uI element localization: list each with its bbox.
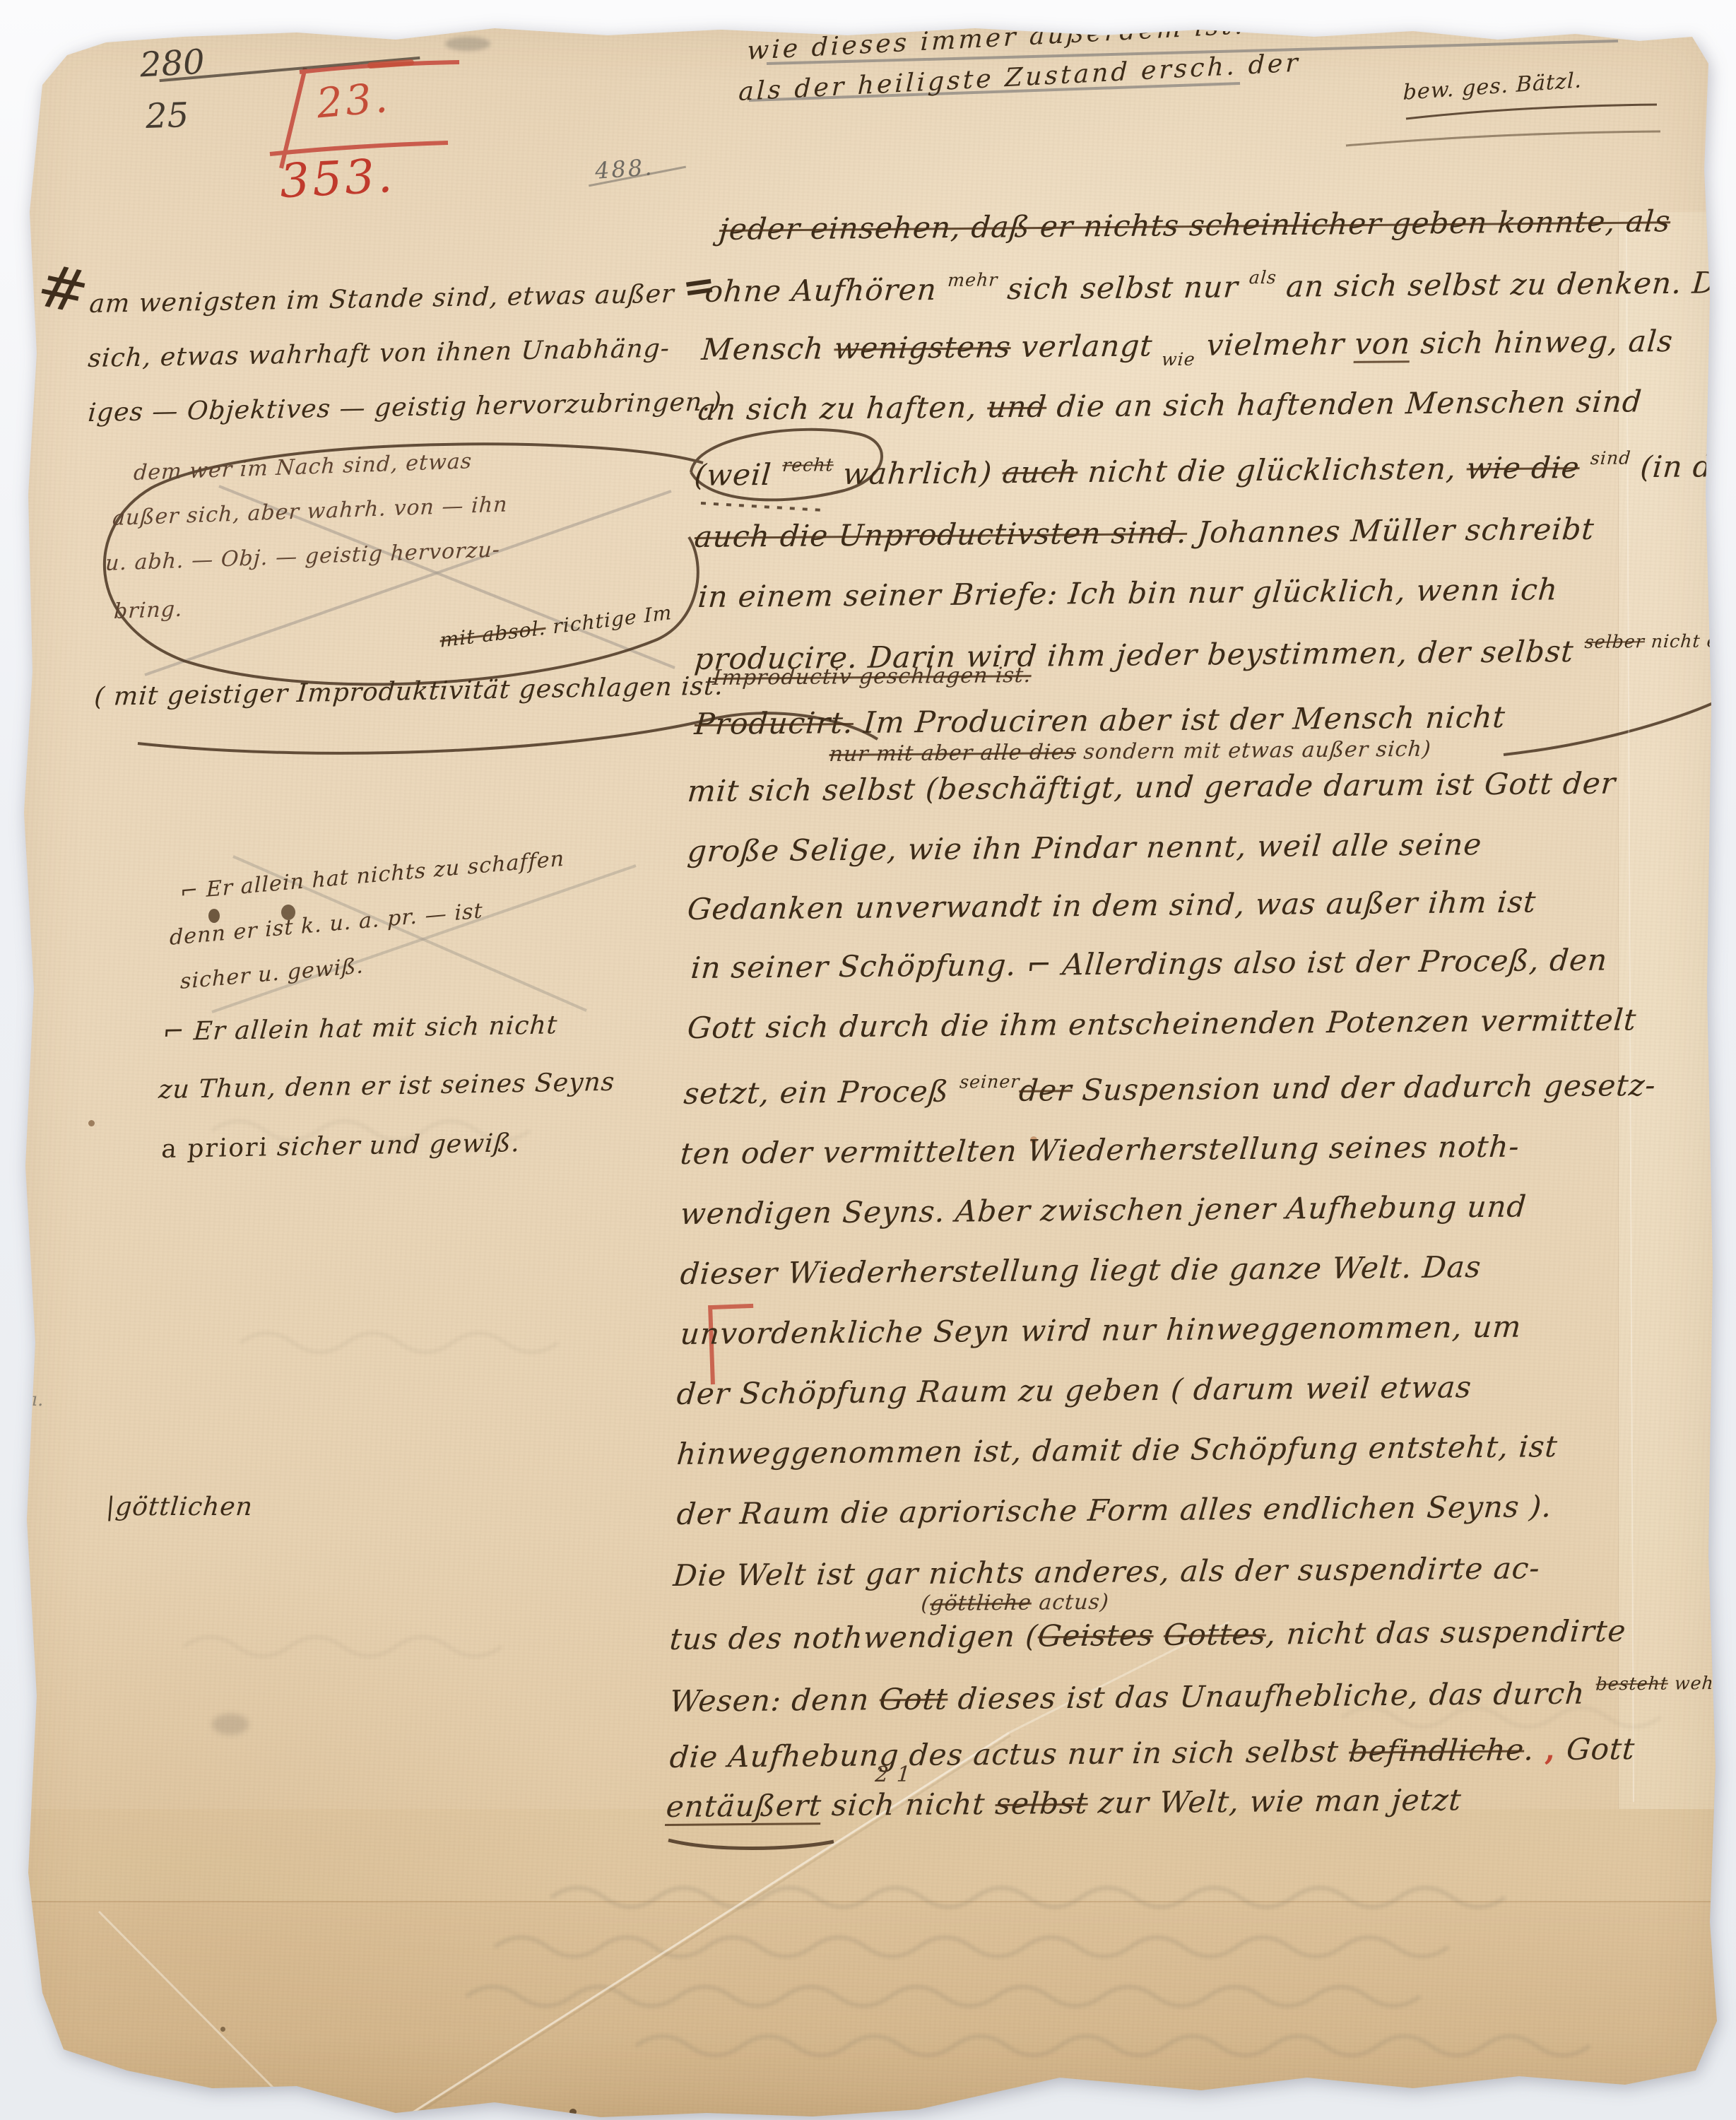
paper: 280 25 23. 353. 488. # = ılı. wie dieses… [0,0,1736,2120]
handwritten-segment: und [986,389,1048,425]
handwritten-segment: actus) [1031,1590,1111,1615]
handwritten-segment: selber [1584,631,1646,652]
handwritten-segment: Wesen: denn [668,1682,881,1719]
handwritten-segment: an sich selbst zu denken. Der [1275,265,1736,304]
handwritten-segment: Geistes [1037,1618,1155,1653]
handwritten-line: entäußert sich nicht selbst zur Welt, wi… [665,1782,1463,1824]
handwritten-line: große Selige, wie ihn Pindar nennt, weil… [686,827,1483,868]
handwritten-segment: die an sich haftenden Menschen sind [1045,384,1643,423]
handwritten-segment: auch [1001,454,1080,490]
red-foliation-number-top: 23. [314,73,392,128]
handwritten-segment: der [1017,1073,1073,1108]
handwritten-segment: Gottes [1162,1617,1268,1652]
handwritten-segment: Mensch [700,331,835,367]
handwritten-segment: vielmehr [1195,326,1356,363]
handwritten-segment: von [1353,326,1412,363]
handwritten-line: Gedanken unverwandt in dem sind, was auß… [686,885,1537,926]
handwritten-line: |göttlichen [105,1492,254,1521]
handwritten-segment: befindliche [1347,1732,1525,1768]
handwritten-segment: (weil [693,457,783,493]
handwritten-line: (göttliche actus) [920,1590,1110,1616]
handwritten-segment: sicher und gewiß. [267,1129,521,1162]
handwritten-segment: mehr [947,269,998,290]
handwritten-segment: sind [1590,447,1632,468]
handwritten-segment: entäußert [665,1788,823,1826]
handwritten-segment: wenigstens [833,329,1012,365]
handwritten-line: wendigen Seyns. Aber zwischen jener Aufh… [679,1189,1528,1231]
handwritten-segment: als [1248,267,1277,288]
smudge [212,1714,249,1735]
handwritten-segment: wie die [1465,450,1581,485]
handwritten-line: 2 1 [874,1762,912,1787]
handwritten-line: dieser Wiederherstellung liegt die ganze… [679,1249,1482,1291]
handwritten-line: ten oder vermittelten Wiederherstellung … [679,1129,1521,1171]
handwritten-segment: auch die Unproductivsten sind. [693,515,1188,554]
handwritten-segment: , [1533,1732,1558,1767]
handwritten-segment: wahrlich) [832,455,1004,491]
handwritten-line: Improductiv geschlagen ist. [711,663,1032,690]
handwritten-segment: verlangt [1010,328,1164,364]
handwritten-segment: ohne Aufhören [704,272,948,309]
handwritten-segment: die Aufhebung des actus nur in sich selb… [668,1734,1350,1774]
handwritten-segment: (in der Regel [1629,448,1736,485]
handwritten-segment: setzt, ein Proceß [683,1073,960,1110]
handwritten-segment: Gott [1555,1731,1636,1767]
handwritten-segment: dieses ist das Unaufhebliche, das durch [947,1676,1597,1716]
handwritten-segment: Gedanken unverwandt in dem sind, was auß… [686,885,1537,926]
handwritten-segment: ten oder vermittelten Wiederherstellung … [679,1129,1521,1171]
handwritten-segment: göttliche [929,1591,1032,1616]
handwritten-segment: wie [1161,349,1196,370]
handwritten-segment: sich hinweg, als [1410,324,1675,360]
handwritten-segment: nicht etwa [1644,630,1736,652]
handwritten-segment: sich nicht [820,1786,997,1822]
smudge [445,37,490,51]
handwritten-segment: |göttlichen [105,1492,254,1521]
handwritten-line: bring. [113,597,183,624]
handwritten-segment: der Schöpfung Raum zu geben ( darum weil… [675,1370,1473,1411]
stain [88,1120,95,1126]
handwritten-line: der Schöpfung Raum zu geben ( darum weil… [675,1370,1473,1411]
handwritten-segment: Johannes Müller schreibt [1186,512,1595,550]
handwritten-segment: recht [781,454,834,476]
handwritten-segment: sondern mit etwas außer sich) [1075,737,1432,765]
handwritten-segment: zur Welt, wie man jetzt [1087,1782,1463,1820]
handwritten-segment: 1 [896,1762,912,1787]
handwritten-segment: seiner [959,1071,1020,1093]
handwritten-segment: Improductiv geschlagen ist. [711,663,1032,690]
pencil-number: 25 [145,95,189,136]
handwritten-segment: , nicht das suspendirte [1265,1613,1627,1651]
handwritten-line: unvordenkliche Seyn wird nur hinweggenom… [679,1309,1523,1351]
handwritten-segment: sich selbst nur [996,269,1249,306]
handwritten-segment: selbst [994,1786,1090,1821]
handwritten-line: Producirt. Im Produciren aber ist der Me… [693,700,1506,741]
handwritten-line: nur mit aber alle dies sondern mit etwas… [828,737,1432,767]
handwritten-segment: Gott [878,1681,950,1716]
handwritten-segment: besteht [1595,1673,1670,1695]
handwritten-segment: Suspension und der dadurch gesetz- [1070,1068,1657,1107]
handwritten-segment: nur mit aber alle dies [828,740,1077,767]
handwritten-segment: wendigen Seyns. Aber zwischen jener Aufh… [679,1189,1528,1231]
handwritten-segment: wehrt [1667,1673,1732,1694]
handwritten-segment: große Selige, wie ihn Pindar nennt, weil… [686,827,1483,868]
handwritten-segment: Producirt. [693,705,855,741]
speck [569,2109,577,2115]
handwritten-segment: Im Produciren aber ist der Mensch nicht [852,700,1506,740]
handwritten-segment: tus des nothwendigen ( [668,1618,1039,1656]
edge-mark: ılı. [20,1389,43,1411]
handwritten-segment: bring. [113,597,183,624]
handwritten-line: Mensch wenigstens verlangt wie vielmehr … [699,324,1675,374]
handwritten-segment: unvordenkliche Seyn wird nur hinweggenom… [679,1309,1523,1351]
handwritten-segment: a priori [160,1133,269,1164]
scanned-manuscript-sheet: 280 25 23. 353. 488. # = ılı. wie dieses… [0,0,1736,2120]
handwritten-segment: an sich zu haften, [697,389,988,427]
red-foliation-number-bottom: 353. [278,148,396,208]
handwritten-segment: dieser Wiederherstellung liegt die ganze… [679,1249,1482,1291]
speck [220,2027,225,2032]
handwritten-segment: nicht die glücklichsten, [1076,451,1468,489]
